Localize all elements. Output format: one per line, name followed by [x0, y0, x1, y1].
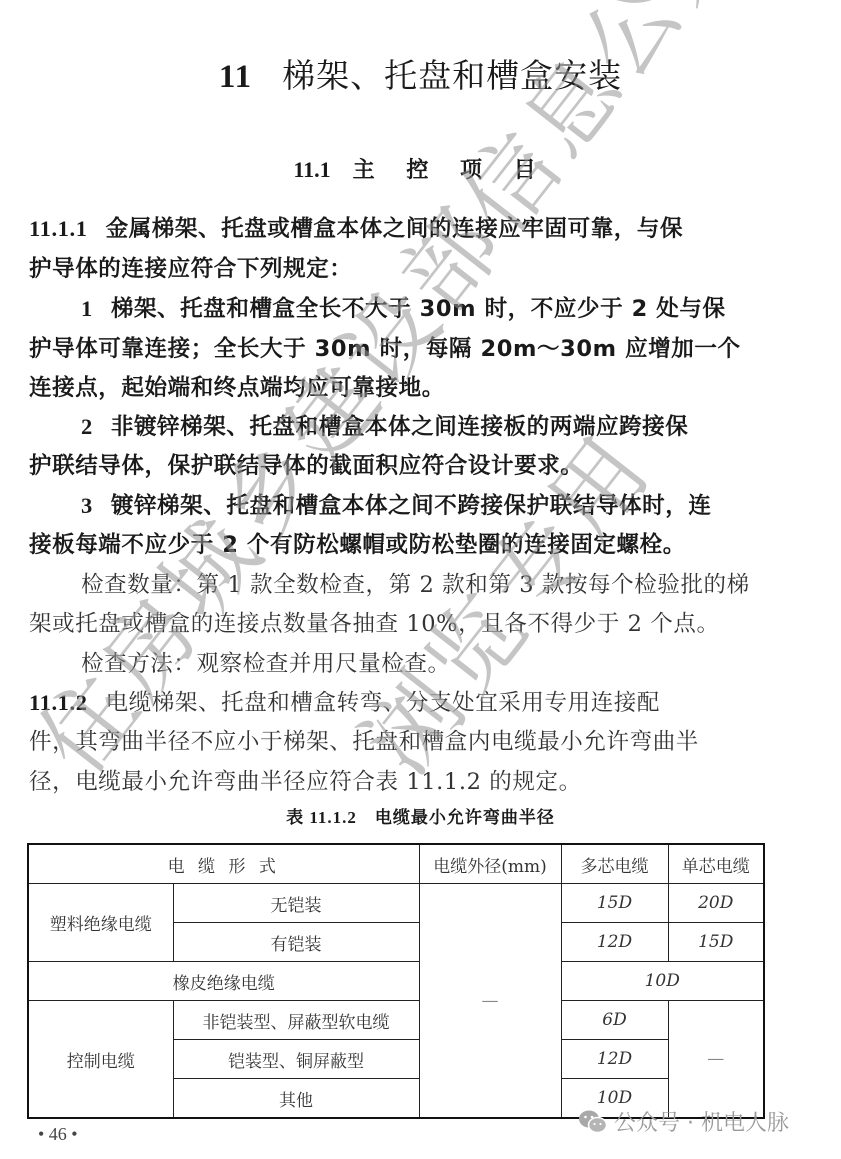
outer-diameter-cell: —: [419, 884, 561, 1119]
subtype-cell: 其他: [173, 1079, 419, 1119]
header-multi-core: 多芯电缆: [561, 844, 668, 884]
check-quantity-line-1: 检查数量：第 1 款全数检查，第 2 款和第 3 款按每个检验批的梯: [29, 566, 821, 604]
bending-radius-table: 电 缆 形 式 电缆外径(mm) 多芯电缆 单芯电缆 塑料绝缘电缆 无铠装 — …: [27, 843, 765, 1119]
table-row: 橡皮绝缘电缆 10D: [28, 962, 764, 1001]
subtype-cell: 非铠装型、屏蔽型软电缆: [173, 1001, 419, 1040]
check-quantity-line-2: 架或托盘或槽盒的连接点数量各抽查 10%，且各不得少于 2 个点。: [29, 605, 769, 643]
header-cable-type: 电 缆 形 式: [28, 844, 419, 884]
clause-11-1-2-line-3: 径，电缆最小允许弯曲半径应符合表 11.1.2 的规定。: [29, 763, 769, 801]
chapter-title-text: 梯架、托盘和槽盒安装: [282, 56, 622, 95]
table-caption: 表 11.1.2电缆最小允许弯曲半径: [0, 803, 841, 828]
clause-11-1-1-line-2: 护导体的连接应符合下列规定：: [29, 250, 769, 288]
group-plastic: 塑料绝缘电缆: [28, 884, 173, 962]
clause-number: 11.1.2: [29, 690, 88, 715]
subtype-cell: 有铠装: [173, 923, 419, 962]
table-header-row: 电 缆 形 式 电缆外径(mm) 多芯电缆 单芯电缆: [28, 844, 764, 884]
section-title-text: 主 控 项 目: [353, 158, 548, 183]
item-1-line-2: 护导体可靠连接；全长大于 30m 时，每隔 20m～30m 应增加一个: [29, 330, 769, 368]
item-1-line-3: 连接点，起始端和终点端均应可靠接地。: [29, 369, 769, 407]
item-2-line-1: 2非镀锌梯架、托盘和槽盒本体之间连接板的两端应跨接保: [29, 408, 821, 446]
table-row: 控制电缆 非铠装型、屏蔽型软电缆 6D —: [28, 1001, 764, 1040]
group-control: 控制电缆: [28, 1001, 173, 1119]
page-number: • 46 •: [38, 1124, 78, 1145]
item-3-line-1: 3镀锌梯架、托盘和槽盒本体之间不跨接保护联结导体时，连: [29, 487, 821, 525]
wechat-source-text: 公众号 · 机电人脉: [614, 1106, 789, 1137]
multi-core-cell: 12D: [561, 1040, 668, 1079]
clause-11-1-2-line-1: 11.1.2电缆梯架、托盘和槽盒转弯、分支处宜采用专用连接配: [29, 684, 769, 722]
multi-core-cell: 12D: [561, 923, 668, 962]
item-1-line-1: 1梯架、托盘和槽盒全长不大于 30m 时，不应少于 2 处与保: [29, 290, 821, 328]
wechat-icon: [578, 1109, 608, 1135]
clause-11-1-2-line-2: 件，其弯曲半径不应小于梯架、托盘和槽盒内电缆最小允许弯曲半: [29, 723, 769, 761]
wechat-source: 公众号 · 机电人脉: [578, 1106, 789, 1137]
section-number: 11.1: [293, 157, 330, 182]
item-2-line-2: 护联结导体，保护联结导体的截面积应符合设计要求。: [29, 447, 769, 485]
multi-core-cell: 15D: [561, 884, 668, 923]
header-outer-diameter: 电缆外径(mm): [419, 844, 561, 884]
group-rubber: 橡皮绝缘电缆: [28, 962, 419, 1001]
control-single-core-cell: —: [668, 1001, 764, 1119]
check-method: 检查方法：观察检查并用尺量检查。: [29, 645, 821, 683]
chapter-title: 11梯架、托盘和槽盒安装: [0, 50, 841, 97]
chapter-number: 11: [219, 59, 252, 95]
multi-core-cell: 6D: [561, 1001, 668, 1040]
header-single-core: 单芯电缆: [668, 844, 764, 884]
table-row: 塑料绝缘电缆 无铠装 — 15D 20D: [28, 884, 764, 923]
subtype-cell: 无铠装: [173, 884, 419, 923]
section-title: 11.1主 控 项 目: [0, 153, 841, 184]
item-3-line-2: 接板每端不应少于 2 个有防松螺帽或防松垫圈的连接固定螺栓。: [29, 526, 769, 564]
single-core-cell: 15D: [668, 923, 764, 962]
subtype-cell: 铠装型、铜屏蔽型: [173, 1040, 419, 1079]
clause-number: 11.1.1: [29, 216, 88, 241]
clause-11-1-1-line-1: 11.1.1金属梯架、托盘或槽盒本体之间的连接应牢固可靠，与保: [29, 210, 769, 248]
single-core-cell: 20D: [668, 884, 764, 923]
merged-value-cell: 10D: [561, 962, 764, 1001]
